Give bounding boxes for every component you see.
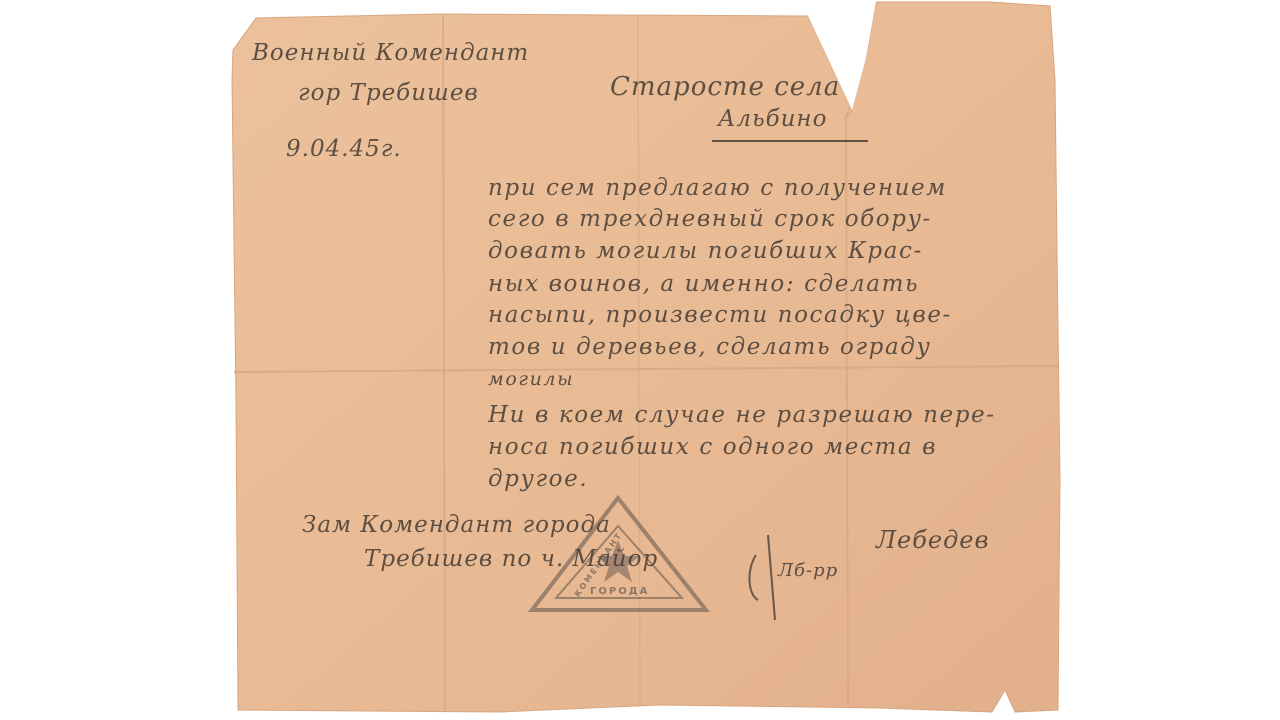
body-line-9: носа погибших с одного места в <box>488 434 937 460</box>
signature-mark: Лб-рр <box>778 560 838 581</box>
paper-sheet <box>0 0 1280 720</box>
recipient-title: Старосте села <box>610 72 840 102</box>
body-line-2: сего в трехдневный срок обору- <box>488 206 932 232</box>
signer-title: Зам Комендант города <box>302 512 611 538</box>
body-line-4: ных воинов, а именно: сделать <box>488 271 919 297</box>
body-line-6: тов и деревьев, сделать ограду <box>488 334 931 360</box>
body-line-10: другое. <box>488 466 588 492</box>
letter-date: 9.04.45г. <box>286 136 402 162</box>
sender-title: Военный Комендант <box>252 40 529 66</box>
body-line-1: при сем предлагаю с получением <box>488 175 947 201</box>
recipient-underline <box>712 140 868 142</box>
stamp-bottom-text: ГОРОДА <box>590 586 649 597</box>
body-line-8: Ни в коем случае не разрешаю пере- <box>488 402 996 428</box>
recipient-village: Альбино <box>718 106 827 132</box>
body-line-3: довать могилы погибших Крас- <box>488 238 923 264</box>
sender-city: гор Требишев <box>298 80 479 106</box>
signer-name: Лебедев <box>876 526 989 554</box>
body-line-7: могилы <box>488 368 574 390</box>
body-line-5: насыпи, произвести посадку цве- <box>488 302 952 328</box>
